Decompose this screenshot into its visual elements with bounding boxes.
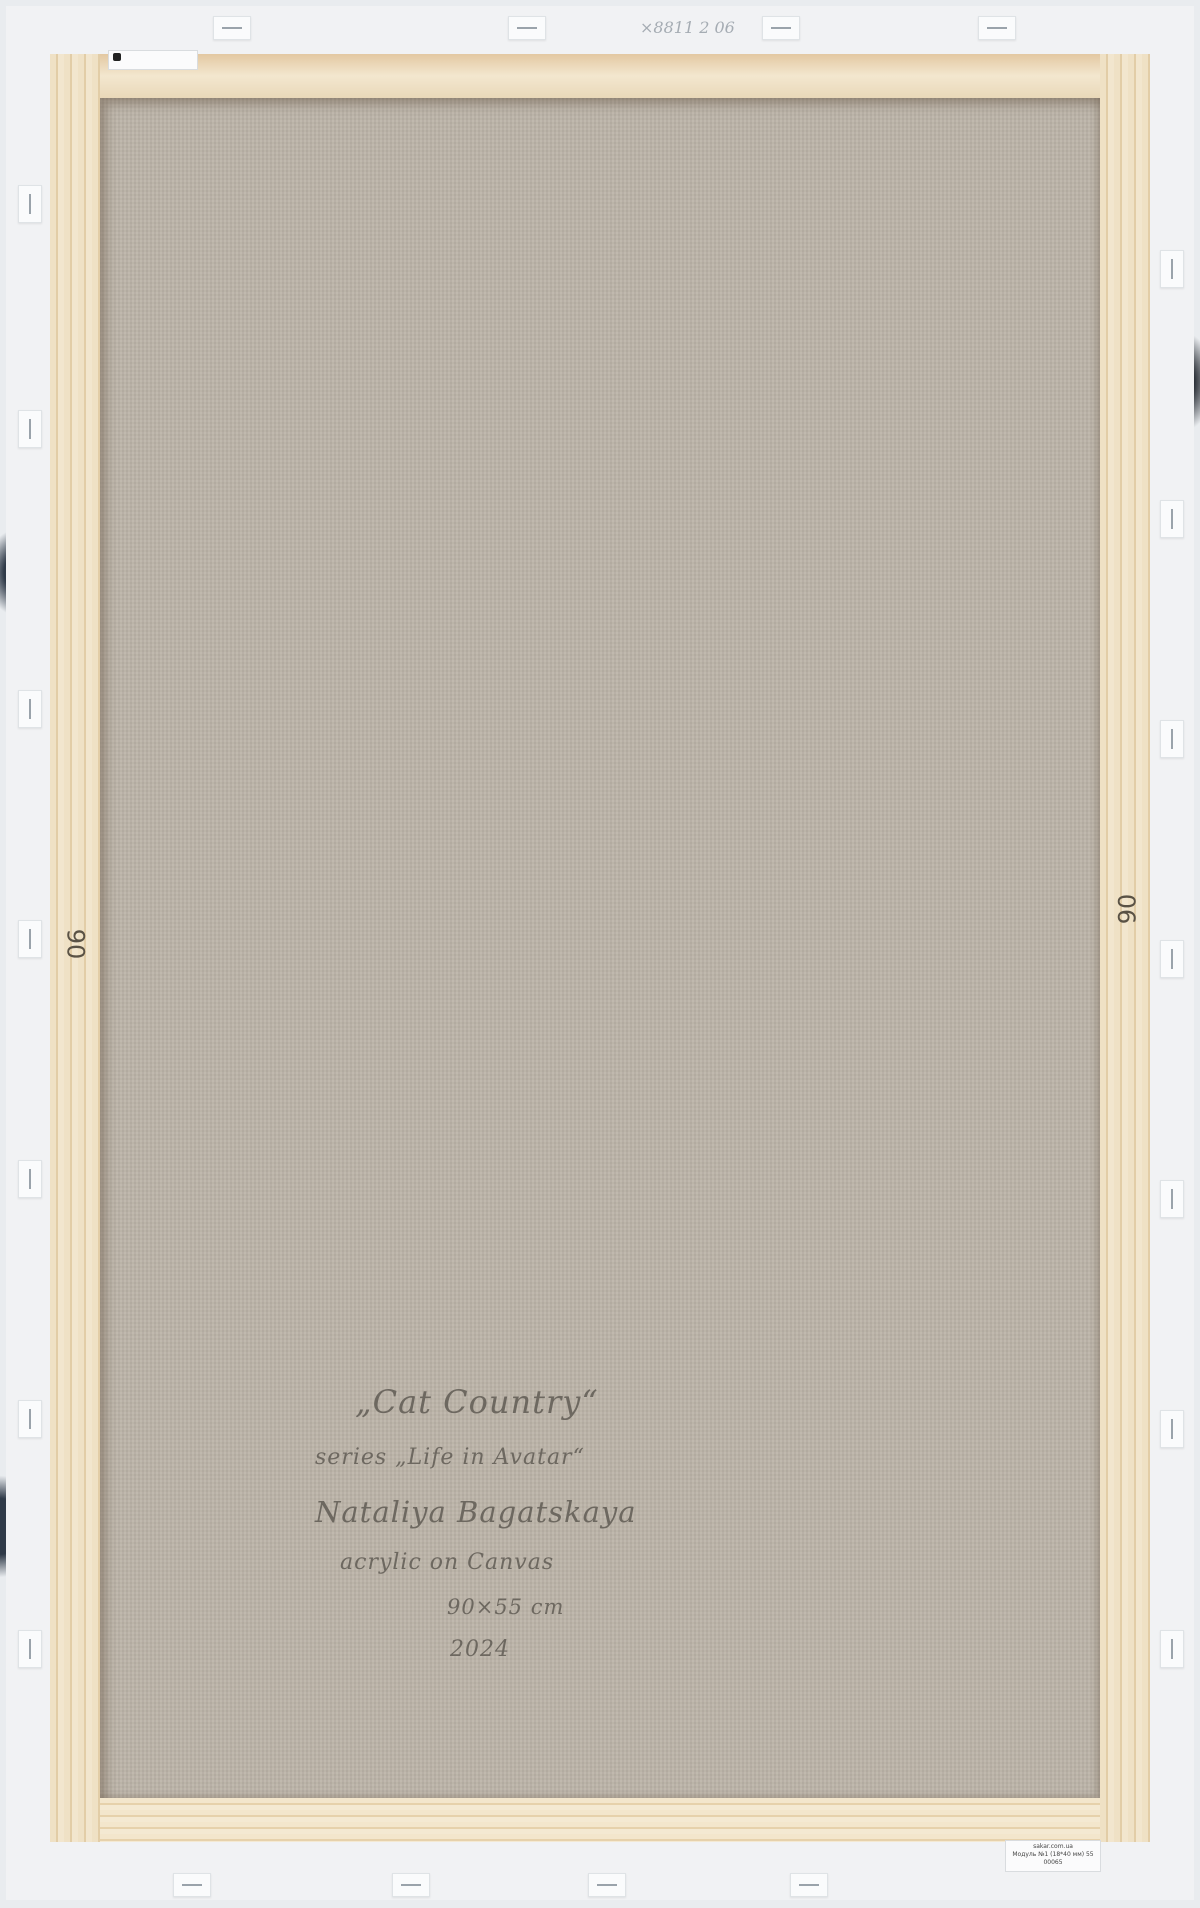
bottom-right-sticker: sakar.com.ua Модуль №1 (18*40 мм) 55 000… bbox=[1005, 1840, 1101, 1872]
sticker-line-3: 00065 bbox=[1010, 1859, 1096, 1867]
staple-icon bbox=[1160, 720, 1184, 758]
staple-icon bbox=[18, 690, 42, 728]
staple-icon bbox=[588, 1873, 626, 1897]
staple-icon bbox=[18, 920, 42, 958]
staple-icon bbox=[18, 1630, 42, 1668]
staple-icon bbox=[213, 16, 251, 40]
stretcher-bar-top bbox=[50, 54, 1150, 98]
inscription-dimensions: 90×55 cm bbox=[447, 1595, 564, 1619]
stretcher-bar-bottom bbox=[50, 1798, 1150, 1842]
inscription-artist: Nataliya Bagatskaya bbox=[315, 1495, 637, 1529]
inscription-year: 2024 bbox=[450, 1637, 510, 1662]
staple-icon bbox=[508, 16, 546, 40]
staple-icon bbox=[1160, 940, 1184, 978]
sticker-line-2: Модуль №1 (18*40 мм) 55 bbox=[1010, 1851, 1096, 1859]
staple-icon bbox=[762, 16, 800, 40]
staple-icon bbox=[18, 1160, 42, 1198]
staple-icon bbox=[18, 410, 42, 448]
sticker-line-1: sakar.com.ua bbox=[1010, 1843, 1096, 1851]
stretcher-bar-right bbox=[1100, 54, 1150, 1842]
staple-icon bbox=[1160, 250, 1184, 288]
inscription-title: „Cat Country“ bbox=[355, 1383, 599, 1421]
staple-icon bbox=[790, 1873, 828, 1897]
staple-icon bbox=[978, 16, 1016, 40]
staple-icon bbox=[173, 1873, 211, 1897]
inscription-medium: acrylic on Canvas bbox=[340, 1550, 554, 1575]
staple-icon bbox=[392, 1873, 430, 1897]
frame-marking-right: 90 bbox=[1113, 894, 1141, 925]
staple-icon bbox=[1160, 1630, 1184, 1668]
painting-back: ×8811 2 06 90 90 „Cat Country“ series „L… bbox=[0, 0, 1200, 1908]
linen-canvas-back bbox=[100, 98, 1100, 1798]
inscription-series: series „Life in Avatar“ bbox=[315, 1445, 585, 1470]
frame-marking-left: 90 bbox=[61, 929, 89, 960]
top-left-sticker bbox=[108, 50, 198, 70]
staple-icon bbox=[1160, 1180, 1184, 1218]
staple-icon bbox=[1160, 1410, 1184, 1448]
staple-icon bbox=[1160, 500, 1184, 538]
staple-icon bbox=[18, 185, 42, 223]
sticker-logo-icon bbox=[113, 53, 121, 61]
staple-icon bbox=[18, 1400, 42, 1438]
top-edge-pencil-note: ×8811 2 06 bbox=[640, 18, 735, 37]
